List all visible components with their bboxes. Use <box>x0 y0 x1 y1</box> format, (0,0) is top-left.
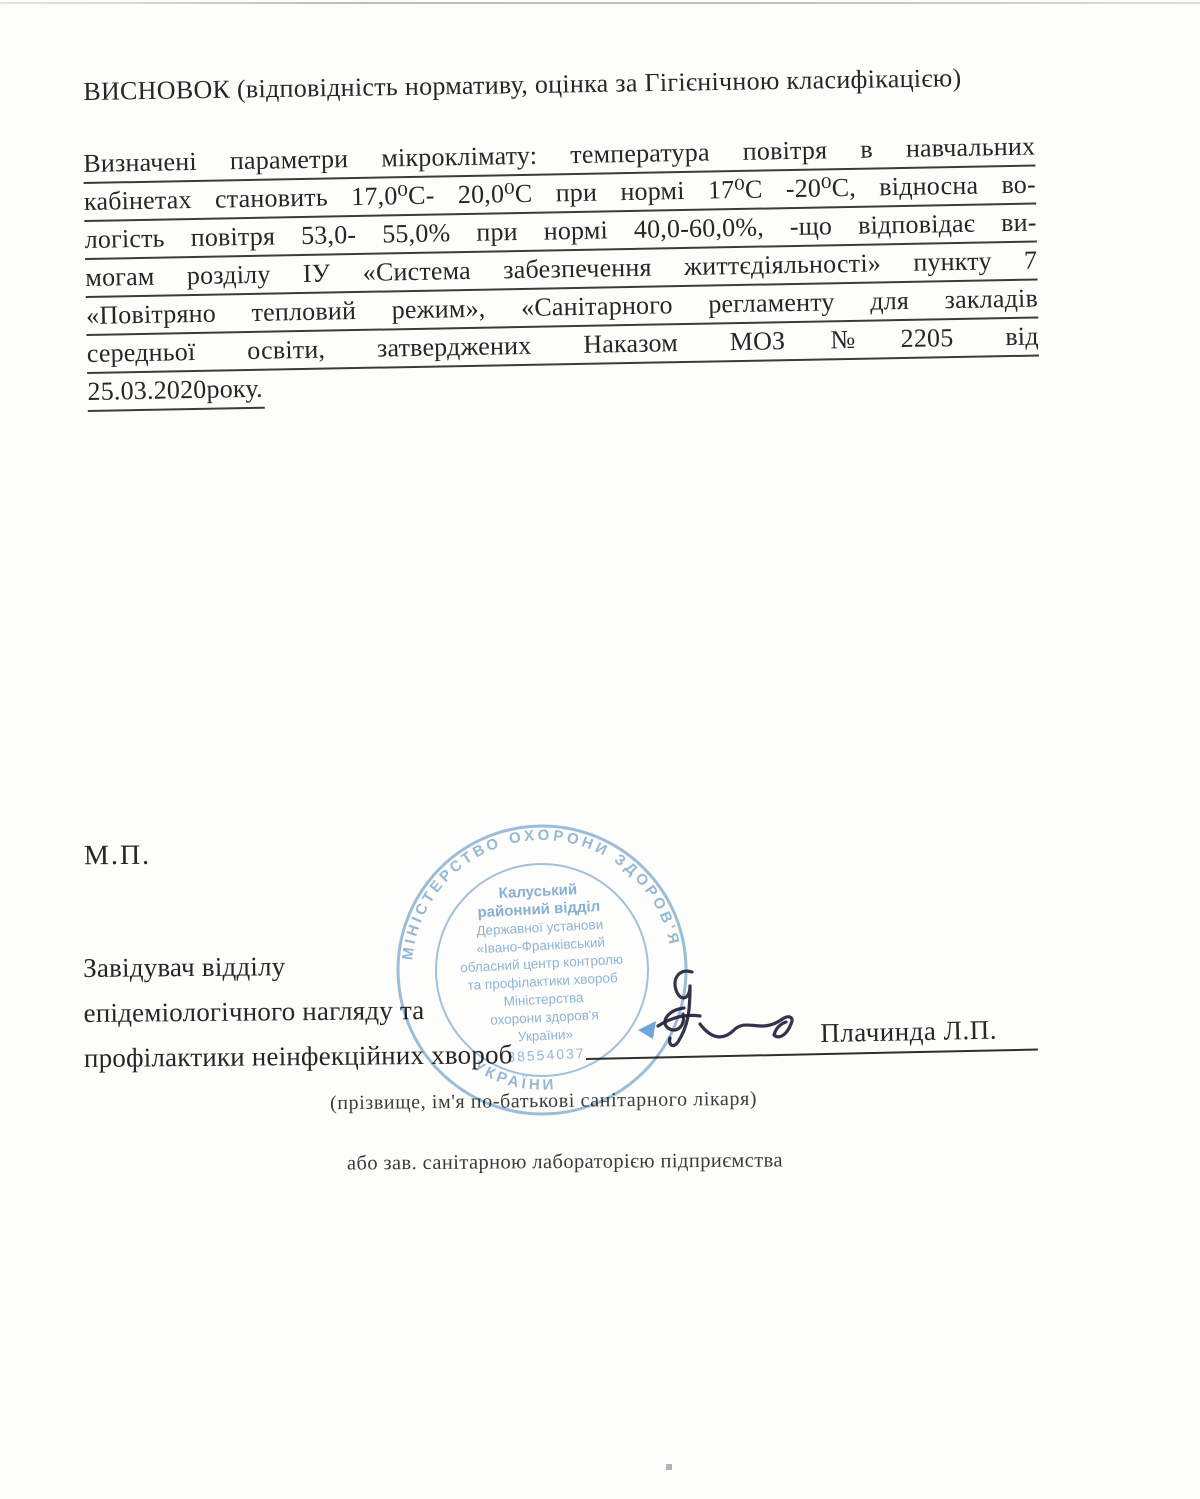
conclusion-heading: ВИСНОВОК (відповідність нормативу, оцінк… <box>83 58 984 112</box>
signature-alt-caption: або зав. санітарною лабораторією підприє… <box>347 1149 783 1175</box>
stamp-place-label: М.П. <box>84 840 151 872</box>
scan-speck <box>666 1464 672 1470</box>
stamp-line: Міністерства <box>503 990 584 1009</box>
scanned-document-page: { "document": { "heading": "ВИСНОВОК (ві… <box>0 0 1200 1499</box>
stamp-line: охорони здоров'я <box>490 1007 599 1028</box>
stamp-edrpou-number: 38554037 <box>507 1045 586 1065</box>
stamp-line: України» <box>517 1026 573 1044</box>
signatory-name: Плачинда Л.П. <box>820 1015 997 1049</box>
scan-edge-artifact <box>0 2 1200 4</box>
signature-stroke <box>700 1017 792 1037</box>
paragraph-line: 25.03.2020року. <box>87 372 265 412</box>
stamp-ink-blob <box>638 1021 656 1039</box>
conclusion-paragraph: Визначені параметри мікроклімату: темпер… <box>83 130 1040 413</box>
handwritten-signature <box>622 964 837 1069</box>
